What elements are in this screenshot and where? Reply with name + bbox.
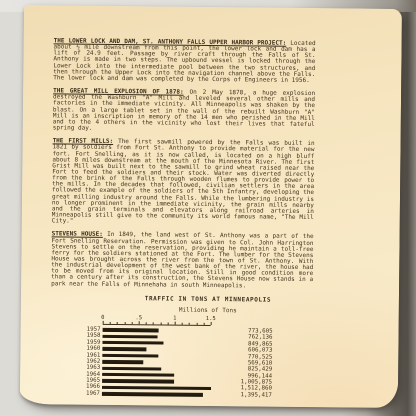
- section-body: Located about ½ mile downstream from thi…: [53, 40, 315, 84]
- chart-row: 19671,395,417: [78, 390, 318, 399]
- section-lower-lock-and-dam: THE LOWER LOCK AND DAM, ST. ANTHONY FALL…: [53, 38, 315, 84]
- chart-bar-area: [100, 341, 214, 346]
- axis-minor-tick: [153, 322, 154, 324]
- chart-year-label: 1961: [78, 352, 100, 358]
- chart-bar-area: [100, 392, 214, 397]
- chart-bar: [102, 360, 143, 364]
- axis-minor-tick: [196, 323, 197, 325]
- chart-bar-area: [100, 360, 214, 365]
- chart-bar: [103, 335, 158, 339]
- chart-year-label: 1957: [79, 327, 101, 333]
- chart-bar-area: [100, 354, 214, 359]
- chart-x-axis: 0.511.5: [103, 315, 211, 327]
- document-text-block: THE LOWER LOCK AND DAM, ST. ANTHONY FALL…: [50, 38, 316, 399]
- chart-value-label: 1,395,417: [214, 392, 272, 399]
- chart-rows: 1957773,6051958762,1361959849,8651960606…: [78, 326, 319, 399]
- axis-tick-label: 1.5: [206, 316, 216, 322]
- chart-bar: [102, 341, 163, 345]
- chart-bar-area: [101, 328, 215, 333]
- chart-year-label: 1960: [78, 346, 100, 352]
- chart-bar: [102, 386, 211, 391]
- chart-bar: [102, 366, 161, 370]
- axis-minor-tick: [131, 322, 132, 324]
- axis-minor-tick: [167, 322, 168, 324]
- axis-major-tick: [139, 321, 140, 324]
- axis-minor-tick: [117, 322, 118, 324]
- axis-major-tick: [211, 322, 212, 325]
- chart-year-label: 1959: [78, 339, 100, 345]
- chart-title: TRAFFIC IN TONS AT MINNEAPOLIS: [97, 295, 319, 304]
- chart-bar: [103, 328, 159, 332]
- axis-tick-label: 1: [173, 315, 176, 321]
- chart-bar: [102, 354, 158, 358]
- section-first-mills: THE FIRST MILLS: The first sawmill power…: [52, 139, 315, 228]
- chart-year-label: 1963: [78, 365, 100, 371]
- chart-bar-area: [101, 335, 215, 340]
- axis-minor-tick: [124, 322, 125, 324]
- chart-axis-title: Millions of Tons: [97, 306, 319, 315]
- section-body: In 1849, the land west of St. Anthony wa…: [51, 231, 314, 289]
- axis-major-tick: [175, 321, 176, 324]
- axis-major-tick: [103, 321, 104, 324]
- chart-bar: [102, 392, 203, 396]
- section-body: The first sawmill powered by the Falls w…: [52, 138, 315, 225]
- chart-bar-area: [100, 386, 214, 391]
- chart-bar-area: [100, 379, 214, 384]
- chart-year-label: 1967: [78, 390, 100, 396]
- traffic-bar-chart: TRAFFIC IN TONS AT MINNEAPOLIS Millions …: [78, 294, 319, 399]
- chart-bar-area: [100, 366, 214, 371]
- scanned-photo: { "document": { "sections": [ { "heading…: [0, 0, 416, 416]
- chart-bar: [102, 373, 174, 377]
- axis-minor-tick: [146, 322, 147, 324]
- chart-year-label: 1964: [78, 371, 100, 377]
- chart-year-label: 1962: [78, 359, 100, 365]
- section-stevens-house: STEVENS HOUSE: In 1849, the land west of…: [51, 232, 314, 290]
- chart-bar-area: [100, 347, 214, 352]
- chart-year-label: 1966: [78, 384, 100, 390]
- axis-minor-tick: [203, 323, 204, 325]
- chart-year-label: 1958: [79, 333, 101, 339]
- axis-line: [103, 324, 211, 326]
- axis-tick-label: 0: [101, 315, 104, 321]
- chart-bar: [102, 347, 146, 351]
- axis-minor-tick: [110, 322, 111, 324]
- axis-minor-tick: [182, 322, 183, 324]
- document-page: THE LOWER LOCK AND DAM, ST. ANTHONY FALL…: [20, 5, 402, 408]
- chart-year-label: 1965: [78, 378, 100, 384]
- section-great-mill-explosion: THE GREAT MILL EXPLOSION OF 1878: On 2 M…: [53, 88, 315, 134]
- chart-bar-area: [100, 373, 214, 378]
- axis-tick-label: .5: [135, 315, 142, 321]
- chart-bar: [102, 379, 174, 383]
- axis-minor-tick: [160, 322, 161, 324]
- axis-minor-tick: [189, 323, 190, 325]
- section-body: On 2 May 1878, a huge explosion destroye…: [53, 89, 315, 132]
